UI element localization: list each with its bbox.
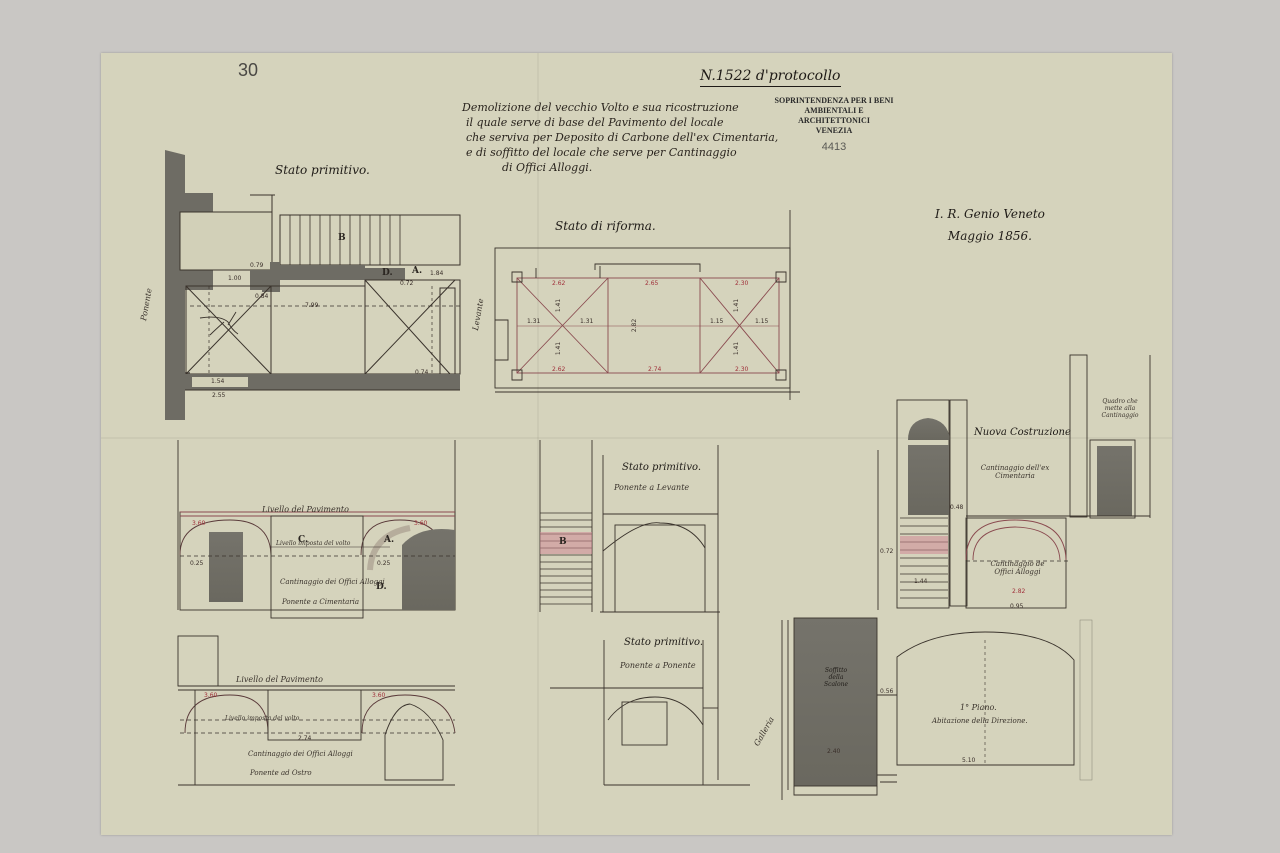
original-plan	[165, 150, 460, 420]
dimension: 0.25	[190, 560, 203, 567]
dimension: 0.79	[250, 262, 263, 269]
room-label-lower: Cantinaggio dei Offici Alloggi	[248, 750, 353, 758]
impost-level-label: Livello imposta del volto	[276, 540, 350, 547]
dimension: 1.41	[555, 299, 562, 312]
dimension: 3.60	[204, 692, 217, 699]
dimension: 0.56	[880, 688, 893, 695]
dimension: 1.15	[710, 318, 723, 325]
dimension: 0.95	[1010, 603, 1023, 610]
label-a: A.	[412, 266, 422, 276]
dimension: 0.48	[950, 504, 963, 511]
dimension: 3.60	[192, 520, 205, 527]
dimension: 1.00	[228, 275, 241, 282]
dimension: 0.84	[255, 293, 268, 300]
office-date: Maggio 1856.	[935, 225, 1045, 247]
dimension: 1.84	[430, 270, 443, 277]
middle-upper-subtitle: Ponente a Levante	[614, 483, 689, 492]
description-line: che serviva per Deposito di Carbone dell…	[462, 130, 778, 145]
dimension: 5.10	[962, 757, 975, 764]
dimension: 0.72	[880, 548, 893, 555]
middle-lower-title: Stato primitivo.	[624, 637, 703, 648]
reform-plan-title: Stato di riforma.	[555, 219, 656, 233]
folio-number: 30	[238, 60, 258, 81]
first-floor-title: 1° Piano.	[960, 703, 997, 712]
label-d: D.	[382, 268, 393, 278]
dimension: 2.62	[552, 366, 565, 373]
dimension: 3.60	[372, 692, 385, 699]
stamp-line-2: AMBIENTALI E ARCHITETTONICI	[770, 106, 898, 126]
dimension: 0.72	[400, 280, 413, 287]
middle-lower-subtitle: Ponente a Ponente	[620, 661, 696, 670]
new-construction-subtitle: Cantinaggio dell'ex Cimentaria	[980, 464, 1050, 480]
dimension: 2.40	[827, 748, 840, 755]
view-label-lower: Ponente ad Ostro	[250, 769, 312, 777]
protocol-note: N.1522 d'protocollo	[700, 68, 841, 87]
inventory-number: 4413	[770, 142, 898, 152]
label-c: C.	[298, 535, 308, 545]
stair-ceiling-label: Soffitto della Scalone	[822, 667, 850, 688]
dimension: 7.99	[305, 302, 318, 309]
dimension: 1.31	[580, 318, 593, 325]
label-a-section: A.	[384, 535, 394, 545]
dimension: 2.74	[298, 735, 311, 742]
dimension: 1.54	[211, 378, 224, 385]
stamp-line-3: VENEZIA	[770, 126, 898, 136]
floor-level-label: Livello del Pavimento	[262, 505, 349, 514]
dimension: 1.15	[755, 318, 768, 325]
dimension: 2.82	[1012, 588, 1025, 595]
dimension: 2.74	[648, 366, 661, 373]
dimension: 1.41	[733, 299, 740, 312]
floor-level-label-lower: Livello del Pavimento	[236, 675, 323, 684]
archive-stamp: SOPRINTENDENZA PER I BENI AMBIENTALI E A…	[770, 96, 898, 152]
arch-label: Cantinaggio de Offici Alloggi	[990, 560, 1045, 576]
office-name: I. R. Genio Veneto	[935, 203, 1045, 225]
description-line: di Offici Alloggi.	[462, 160, 778, 175]
section-right	[782, 355, 1150, 800]
project-description: Demolizione del vecchio Volto e sua rico…	[462, 100, 778, 175]
dimension: 1.41	[555, 342, 562, 355]
dimension: 1.31	[527, 318, 540, 325]
dimension: 0.74	[415, 369, 428, 376]
dimension: 0.25	[377, 560, 390, 567]
description-line: e di soffitto del locale che serve per C…	[462, 145, 778, 160]
dimension: 2.55	[212, 392, 225, 399]
stamp-line-1: SOPRINTENDENZA PER I BENI	[770, 96, 898, 106]
section-upper-left	[178, 440, 455, 618]
middle-upper-title: Stato primitivo.	[622, 462, 701, 473]
room-label: Cantinaggio dei Offici Alloggi	[280, 578, 385, 586]
dimension: 1.44	[914, 578, 927, 585]
side-note: Quadro che mette alla Cantinaggio	[1100, 398, 1140, 419]
office-signature: I. R. Genio Veneto Maggio 1856.	[935, 203, 1045, 247]
description-line: Demolizione del vecchio Volto e sua rico…	[462, 100, 778, 115]
label-b-section: B	[559, 537, 567, 547]
impost-level-label-lower: Livello imposta del volto	[225, 715, 299, 722]
label-b: B	[338, 233, 346, 243]
dimension: 2.30	[735, 366, 748, 373]
dimension: 1.41	[733, 342, 740, 355]
description-line: il quale serve di base del Pavimento del…	[462, 115, 778, 130]
dimension: 3.60	[414, 520, 427, 527]
dimension: 2.30	[735, 280, 748, 287]
dimension: 2.82	[631, 319, 638, 332]
original-plan-title: Stato primitivo.	[275, 163, 370, 177]
dimension: 2.62	[552, 280, 565, 287]
view-label: Ponente a Cimentaria	[282, 598, 359, 606]
first-floor-subtitle: Abitazione della Direzione.	[932, 717, 1028, 725]
new-construction-title: Nuova Costruzione	[974, 427, 1071, 438]
dimension: 2.65	[645, 280, 658, 287]
section-lower-left	[178, 636, 455, 785]
